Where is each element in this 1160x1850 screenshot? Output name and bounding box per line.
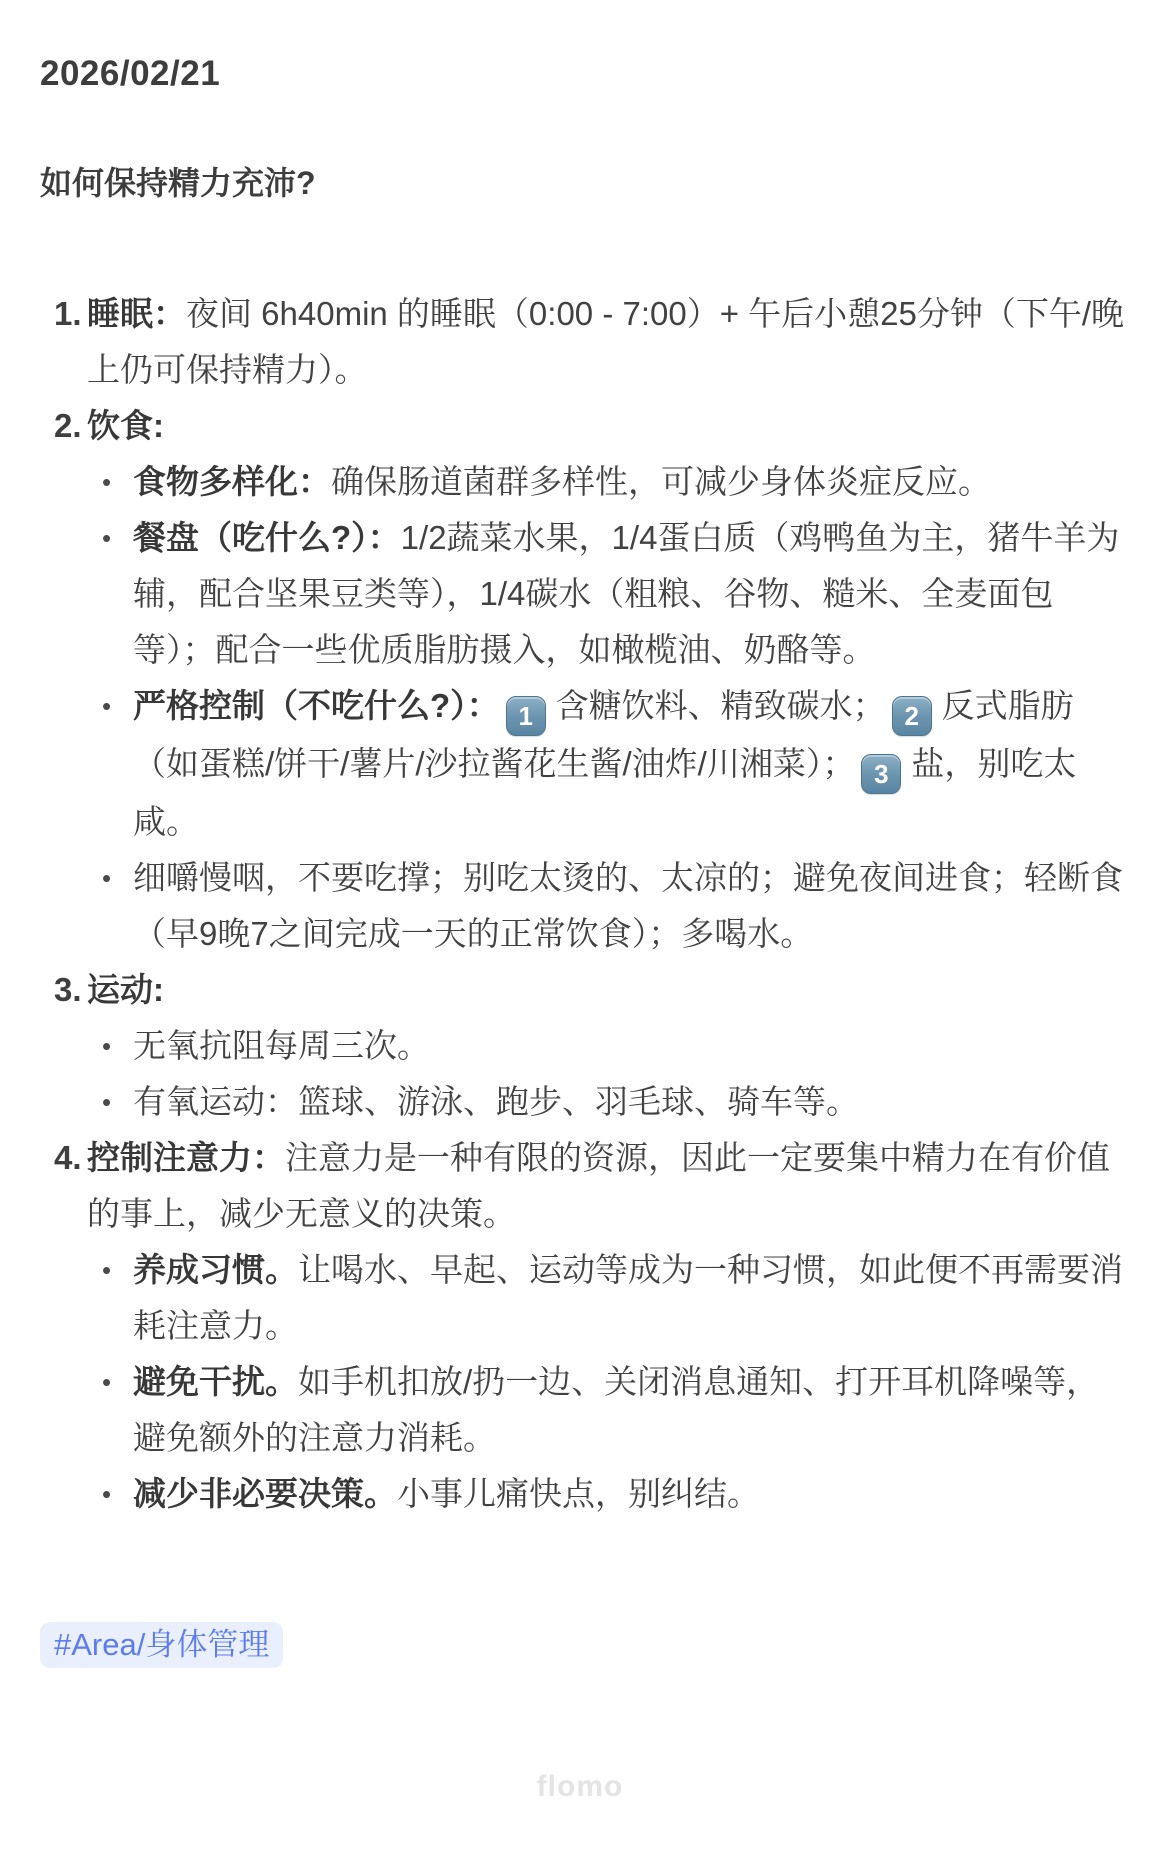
note-date: 2026/02/21	[40, 52, 1130, 96]
list-item-text: 运动:	[87, 962, 1130, 1018]
tag-chip[interactable]: #Area/身体管理	[40, 1622, 283, 1668]
note-page: 2026/02/21 如何保持精力充沛? 1.睡眠：夜间 6h40min 的睡眠…	[0, 0, 1160, 1522]
sub-list-item: •餐盘（吃什么?）：1/2蔬菜水果，1/4蛋白质（鸡鸭鱼为主，猪牛羊为辅，配合坚…	[87, 510, 1130, 678]
list-item: 4.控制注意力：注意力是一种有限的资源，因此一定要集中精力在有价值的事上，减少无…	[40, 1130, 1130, 1242]
bullet-icon: •	[87, 510, 133, 566]
keycap-3-icon: 3	[861, 754, 901, 794]
text-run: 夜间 6h40min 的睡眠（0:00 - 7:00）+ 午后小憩25分钟（下午…	[87, 295, 1124, 388]
list-item-text: 严格控制（不吃什么?）：1含糖饮料、精致碳水；2反式脂肪（如蛋糕/饼干/薯片/沙…	[133, 678, 1130, 850]
list-number: 2.	[40, 398, 87, 454]
bold-text-run: 饮食:	[87, 407, 164, 444]
list-item-text: 避免干扰。如手机扣放/扔一边、关闭消息通知、打开耳机降噪等，避免额外的注意力消耗…	[133, 1354, 1130, 1466]
text-run: 确保肠道菌群多样性，可减少身体炎症反应。	[331, 463, 991, 500]
bullet-icon: •	[87, 1018, 133, 1074]
bold-text-run: 控制注意力：	[87, 1139, 285, 1176]
bullet-icon: •	[87, 1242, 133, 1298]
flomo-watermark: flomo	[0, 1770, 1160, 1804]
list-item: 1.睡眠：夜间 6h40min 的睡眠（0:00 - 7:00）+ 午后小憩25…	[40, 286, 1130, 398]
bold-text-run: 餐盘（吃什么?）：	[133, 519, 401, 556]
bold-text-run: 食物多样化：	[133, 463, 331, 500]
sub-list-item: •避免干扰。如手机扣放/扔一边、关闭消息通知、打开耳机降噪等，避免额外的注意力消…	[87, 1354, 1130, 1466]
keycap-2-icon: 2	[892, 696, 932, 736]
sub-list-item: •无氧抗阻每周三次。	[87, 1018, 1130, 1074]
text-run: 小事儿痛快点，别纠结。	[397, 1475, 760, 1512]
list-item-text: 有氧运动：篮球、游泳、跑步、羽毛球、骑车等。	[133, 1074, 1130, 1130]
bullet-icon: •	[87, 1074, 133, 1130]
bold-text-run: 严格控制（不吃什么?）：	[133, 687, 500, 724]
note-body: 1.睡眠：夜间 6h40min 的睡眠（0:00 - 7:00）+ 午后小憩25…	[40, 286, 1130, 1522]
list-item-text: 养成习惯。让喝水、早起、运动等成为一种习惯，如此便不再需要消耗注意力。	[133, 1242, 1130, 1354]
text-run: 细嚼慢咽，不要吃撑；别吃太烫的、太凉的；避免夜间进食；轻断食（早9晚7之间完成一…	[133, 859, 1123, 952]
bullet-icon: •	[87, 1466, 133, 1522]
sub-list-item: •严格控制（不吃什么?）：1含糖饮料、精致碳水；2反式脂肪（如蛋糕/饼干/薯片/…	[87, 678, 1130, 850]
bullet-icon: •	[87, 454, 133, 510]
list-item-text: 饮食:	[87, 398, 1130, 454]
text-run: 有氧运动：篮球、游泳、跑步、羽毛球、骑车等。	[133, 1083, 859, 1120]
list-item-text: 无氧抗阻每周三次。	[133, 1018, 1130, 1074]
note-title: 如何保持精力充沛?	[40, 162, 1130, 204]
bold-text-run: 减少非必要决策。	[133, 1475, 397, 1512]
list-item-text: 减少非必要决策。小事儿痛快点，别纠结。	[133, 1466, 1130, 1522]
bold-text-run: 运动:	[87, 971, 164, 1008]
list-item-text: 控制注意力：注意力是一种有限的资源，因此一定要集中精力在有价值的事上，减少无意义…	[87, 1130, 1130, 1242]
bullet-icon: •	[87, 678, 133, 734]
bullet-icon: •	[87, 1354, 133, 1410]
sub-list-item: •减少非必要决策。小事儿痛快点，别纠结。	[87, 1466, 1130, 1522]
sub-list-item: •细嚼慢咽，不要吃撑；别吃太烫的、太凉的；避免夜间进食；轻断食（早9晚7之间完成…	[87, 850, 1130, 962]
list-number: 3.	[40, 962, 87, 1018]
bullet-icon: •	[87, 850, 133, 906]
text-run: 无氧抗阻每周三次。	[133, 1027, 430, 1064]
list-item: 3.运动:	[40, 962, 1130, 1018]
list-item-text: 睡眠：夜间 6h40min 的睡眠（0:00 - 7:00）+ 午后小憩25分钟…	[87, 286, 1130, 398]
bold-text-run: 避免干扰。	[133, 1363, 298, 1400]
list-item-text: 细嚼慢咽，不要吃撑；别吃太烫的、太凉的；避免夜间进食；轻断食（早9晚7之间完成一…	[133, 850, 1130, 962]
text-run: 含糖饮料、精致碳水；	[556, 687, 886, 724]
keycap-1-icon: 1	[506, 696, 546, 736]
bold-text-run: 睡眠：	[87, 295, 186, 332]
list-item-text: 餐盘（吃什么?）：1/2蔬菜水果，1/4蛋白质（鸡鸭鱼为主，猪牛羊为辅，配合坚果…	[133, 510, 1130, 678]
list-number: 1.	[40, 286, 87, 342]
list-item: 2.饮食:	[40, 398, 1130, 454]
list-item-text: 食物多样化：确保肠道菌群多样性，可减少身体炎症反应。	[133, 454, 1130, 510]
sub-list-item: •有氧运动：篮球、游泳、跑步、羽毛球、骑车等。	[87, 1074, 1130, 1130]
list-number: 4.	[40, 1130, 87, 1186]
sub-list-item: •食物多样化：确保肠道菌群多样性，可减少身体炎症反应。	[87, 454, 1130, 510]
sub-list-item: •养成习惯。让喝水、早起、运动等成为一种习惯，如此便不再需要消耗注意力。	[87, 1242, 1130, 1354]
bold-text-run: 养成习惯。	[133, 1251, 298, 1288]
